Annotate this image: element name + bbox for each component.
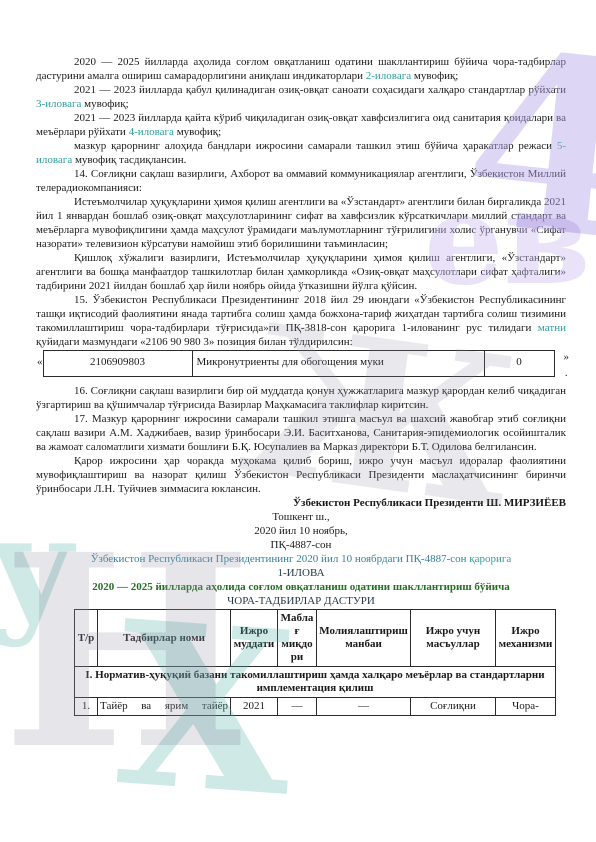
- section-row: I. Норматив-ҳуқуқий базани такомиллаштир…: [75, 667, 556, 698]
- paragraph: 2021 — 2023 йилларда қайта кўриб чиқилад…: [36, 111, 566, 139]
- text-run: 2021 — 2023 йилларда қайта кўриб чиқилад…: [36, 112, 566, 138]
- document-body-bottom: 16. Соғлиқни сақлаш вазирлиги бир ой муд…: [36, 384, 566, 496]
- appendix-reference-link-tail[interactable]: қарорига: [469, 553, 511, 565]
- table-cell: 1.: [75, 698, 98, 716]
- table-cell: Тайёр ва ярим тайёр: [98, 698, 231, 716]
- document-link[interactable]: 3-иловага: [36, 98, 81, 110]
- paragraph: 2021 — 2023 йилларда қабул қилинадиган о…: [36, 83, 566, 111]
- document-link[interactable]: 2-иловага: [366, 70, 411, 82]
- text-run: мувофиқ тасдиқлансин.: [72, 154, 186, 166]
- column-header: Тадбирлар номи: [98, 610, 231, 667]
- program-subtitle: ЧОРА-ТАДБИРЛАР ДАСТУРИ: [36, 594, 566, 608]
- table-cell: Соғлиқни: [411, 698, 496, 716]
- appendix-reference: Ўзбекистон Республикаси Президентининг 2…: [36, 552, 566, 566]
- close-quote: » .: [564, 350, 570, 380]
- table-cell: Чора-: [496, 698, 556, 716]
- column-header: Ижро механизми: [496, 610, 556, 667]
- document-body-top: 2020 — 2025 йилларда аҳолида соғлом овқа…: [36, 55, 566, 349]
- text-run: 14. Соғлиқни сақлаш вазирлиги, Ахборот в…: [36, 168, 566, 194]
- column-header: Ижро муддати: [231, 610, 278, 667]
- text-run: 15. Ўзбекистон Республикаси Президентини…: [36, 294, 566, 334]
- text-run: 2021 — 2023 йилларда қабул қилинадиган о…: [74, 84, 566, 96]
- table-cell: —: [278, 698, 317, 716]
- document-link[interactable]: 4-иловага: [129, 126, 174, 138]
- paragraph: 2020 — 2025 йилларда аҳолида соғлом овқа…: [36, 55, 566, 83]
- tariff-value-cell: 0: [484, 351, 554, 377]
- program-table: Т/рТадбирлар номиИжро муддатиМаблағ миқд…: [74, 609, 556, 716]
- paragraph: 15. Ўзбекистон Республикаси Президентини…: [36, 293, 566, 349]
- table-row: 1.Тайёр ва ярим тайёр2021——СоғлиқниЧора-: [75, 698, 556, 716]
- paragraph: 14. Соғлиқни сақлаш вазирлиги, Ахборот в…: [36, 167, 566, 195]
- text-run: Қарор ижросини ҳар чоракда муҳокама қили…: [36, 455, 566, 495]
- text-run: мазкур қарорнинг алоҳида бандлари ижроси…: [74, 140, 557, 152]
- text-run: 16. Соғлиқни сақлаш вазирлиги бир ой муд…: [36, 385, 566, 411]
- document-content: 2020 — 2025 йилларда аҳолида соғлом овқа…: [0, 0, 596, 716]
- paragraph: 16. Соғлиқни сақлаш вазирлиги бир ой муд…: [36, 384, 566, 412]
- appendix-reference-link[interactable]: Ўзбекистон Республикаси Президентининг 2…: [91, 553, 470, 565]
- paragraph: 17. Мазкур қарорнинг ижросини самарали т…: [36, 412, 566, 454]
- text-run: мувофиқ;: [411, 70, 458, 82]
- tariff-table: 2106909803 Микронутриенты для обогощения…: [43, 350, 555, 377]
- paragraph: Қарор ижросини ҳар чоракда муҳокама қили…: [36, 454, 566, 496]
- period-mark: .: [564, 366, 570, 380]
- close-quote-mark: »: [564, 350, 570, 364]
- program-title: 2020 — 2025 йилларда аҳолида соғлом овқа…: [36, 580, 566, 594]
- text-run: Қишлоқ хўжалиги вазирлиги, Истеъмолчилар…: [36, 252, 566, 292]
- text-run: мувофиқ;: [81, 98, 128, 110]
- tariff-name-cell: Микронутриенты для обогощения муки: [192, 351, 484, 377]
- table-header-row: Т/рТадбирлар номиИжро муддатиМаблағ миқд…: [75, 610, 556, 667]
- column-header: Молиялаштириш манбаи: [317, 610, 411, 667]
- table-cell: —: [317, 698, 411, 716]
- document-link[interactable]: матни: [538, 322, 566, 334]
- text-run: қуйидаги мазмундаги «2106 90 980 3» пози…: [36, 336, 353, 348]
- table-row: 2106909803 Микронутриенты для обогощения…: [43, 351, 554, 377]
- document-page: 4евЖуНХ 2020 — 2025 йилларда аҳолида соғ…: [0, 0, 596, 842]
- section-header-cell: I. Норматив-ҳуқуқий базани такомиллаштир…: [75, 667, 556, 698]
- signature-line: Ўзбекистон Республикаси Президенти Ш. МИ…: [36, 496, 566, 510]
- paragraph: Истеъмолчилар ҳуқуқларини ҳимоя қилиш аг…: [36, 195, 566, 251]
- text-run: Истеъмолчилар ҳуқуқларини ҳимоя қилиш аг…: [36, 196, 566, 250]
- column-header: Т/р: [75, 610, 98, 667]
- text-run: 2020 — 2025 йилларда аҳолида соғлом овқа…: [36, 56, 566, 82]
- table-cell: 2021: [231, 698, 278, 716]
- signature-number: ПҚ-4887-сон: [36, 538, 566, 552]
- signature-place: Тошкент ш.,: [36, 510, 566, 524]
- signature-date: 2020 йил 10 ноябрь,: [36, 524, 566, 538]
- paragraph: Қишлоқ хўжалиги вазирлиги, Истеъмолчилар…: [36, 251, 566, 293]
- tariff-code-cell: 2106909803: [43, 351, 192, 377]
- text-run: мувофиқ;: [174, 126, 221, 138]
- column-header: Ижро учун масъуллар: [411, 610, 496, 667]
- appendix-label: 1-ИЛОВА: [36, 566, 566, 580]
- text-run: 17. Мазкур қарорнинг ижросини самарали т…: [36, 413, 566, 453]
- column-header: Маблағ миқдори: [278, 610, 317, 667]
- paragraph: мазкур қарорнинг алоҳида бандлари ижроси…: [36, 139, 566, 167]
- tariff-quote-block: « 2106909803 Микронутриенты для обогощен…: [37, 350, 566, 380]
